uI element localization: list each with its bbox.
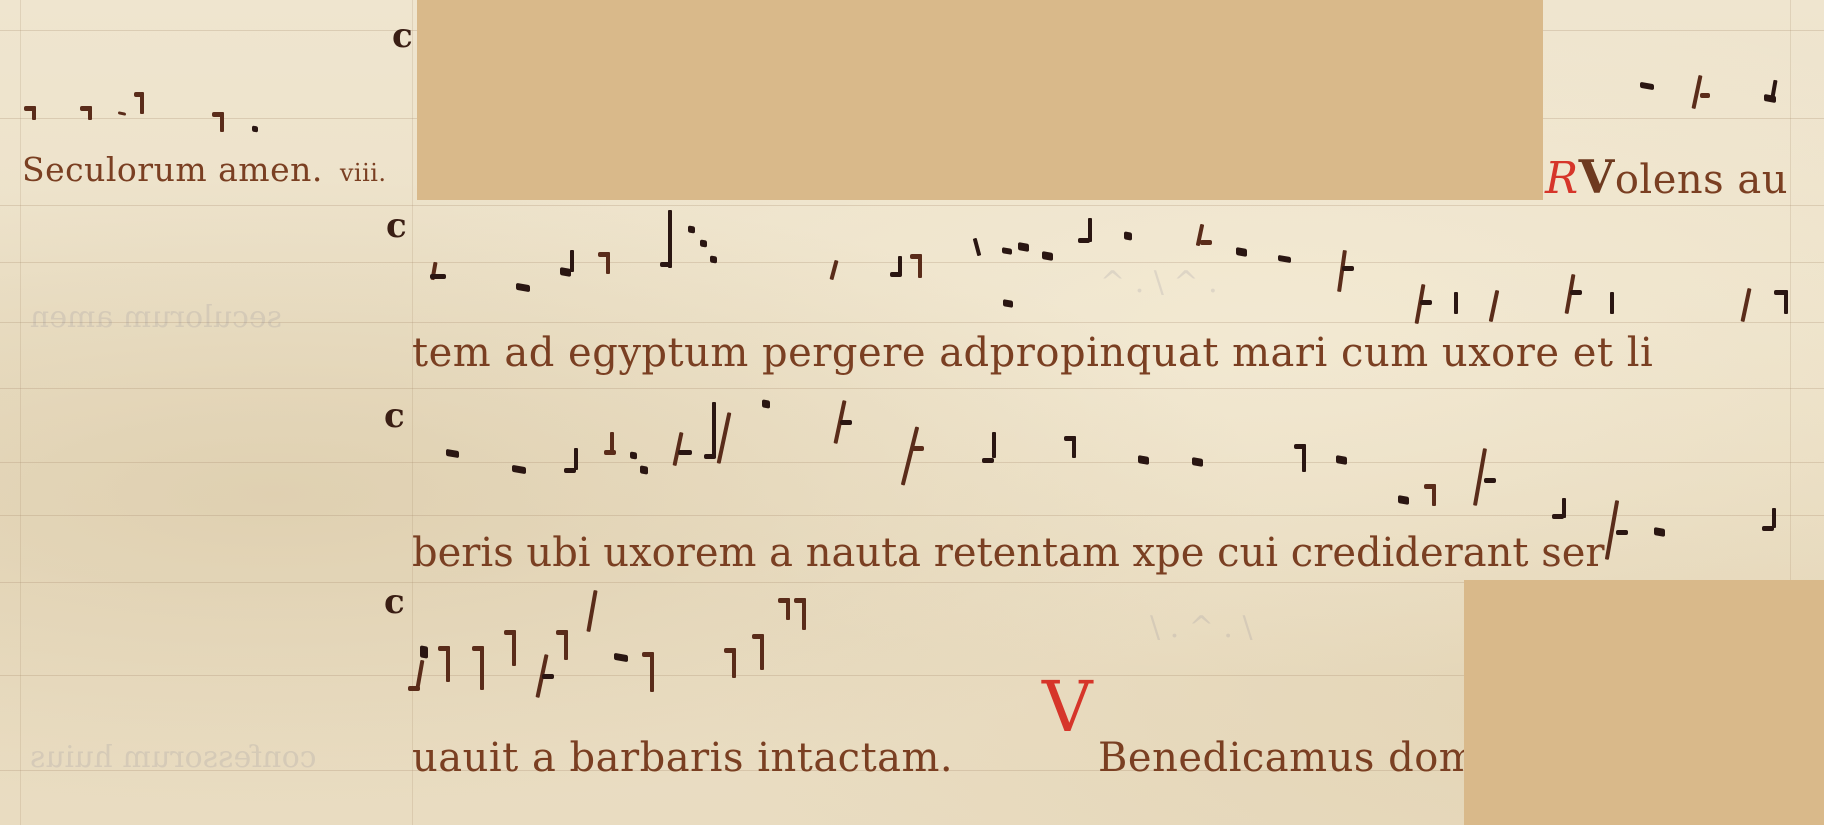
neume: [724, 648, 736, 653]
ruling-line: [0, 388, 1824, 389]
neume: [1692, 75, 1703, 109]
neume: [1138, 455, 1149, 465]
neume: [1605, 500, 1619, 560]
neume: [752, 634, 764, 639]
neume: [504, 630, 516, 635]
margin-rule: [20, 0, 21, 825]
neume: [1018, 242, 1029, 252]
neume: [220, 112, 224, 132]
neume: [1654, 527, 1665, 537]
neume: [438, 646, 450, 651]
neume: [1741, 288, 1752, 322]
neume: [604, 450, 616, 455]
neume: [512, 630, 516, 666]
neume: [408, 686, 420, 691]
neume: [1764, 94, 1776, 103]
neume: [1042, 251, 1053, 261]
neume: [1700, 93, 1710, 98]
neume: [80, 106, 92, 111]
neume: [794, 598, 806, 603]
ruling-line: [0, 205, 1824, 206]
neume: [516, 283, 530, 292]
neume: [212, 112, 224, 117]
neume: [700, 239, 707, 247]
neume: [1420, 300, 1432, 305]
text-seculorum-amen: Seculorum amen.: [22, 150, 323, 189]
neume: [712, 402, 716, 458]
neume: [668, 210, 672, 268]
neume: [556, 630, 568, 635]
neume: [614, 653, 628, 662]
show-through-text: confessorum huius: [30, 740, 317, 775]
neume: [480, 646, 484, 690]
clef-mark: c: [386, 206, 407, 246]
neume: [1124, 231, 1132, 240]
neume: [704, 454, 716, 459]
ruling-line: [0, 262, 1824, 263]
neume: [673, 432, 684, 466]
neume: [642, 652, 654, 657]
neume: [918, 254, 922, 278]
neume: [778, 598, 790, 603]
neume: [1072, 436, 1076, 458]
mode-number: viii.: [340, 159, 387, 187]
text-line-4: uauit a barbaris intactam.: [412, 735, 953, 781]
neume: [1196, 224, 1204, 246]
ruling-line: [0, 462, 1824, 463]
show-through-neumes: . ^ / . ^: [1100, 265, 1218, 300]
neume: [535, 654, 548, 698]
neume: [1002, 247, 1012, 255]
clef-mark: c: [392, 16, 413, 56]
neume: [678, 450, 692, 455]
initial-v: V: [1579, 150, 1615, 204]
neume: [1484, 478, 1496, 483]
bottom-right-redaction-block: [1464, 580, 1824, 825]
neume: [762, 399, 770, 408]
neume: [1772, 508, 1776, 528]
text-line-1-right: RVolens au: [1545, 150, 1788, 204]
versicle-rubric-mark: V: [1042, 672, 1093, 742]
neume: [564, 630, 568, 660]
neume: [598, 252, 610, 257]
neume: [786, 598, 790, 620]
neume: [1489, 290, 1500, 322]
neume: [1570, 290, 1582, 295]
neume: [1415, 284, 1426, 324]
neume: [1200, 240, 1212, 245]
neume: [1473, 448, 1487, 506]
neume: [1610, 292, 1614, 314]
neume: [650, 652, 654, 692]
neume: [512, 465, 526, 474]
neume: [1770, 80, 1777, 98]
neume: [1454, 292, 1458, 314]
ruling-line: [0, 515, 1824, 516]
neume: [1003, 299, 1013, 308]
neume: [1565, 274, 1576, 314]
neume: [890, 272, 902, 277]
neume: [24, 106, 36, 111]
neume: [606, 252, 610, 274]
neume: [586, 590, 597, 632]
neume: [430, 274, 446, 279]
neume: [570, 250, 574, 272]
show-through-neumes: / . ^ . /: [1150, 610, 1253, 645]
neume: [574, 448, 578, 470]
neume: [118, 111, 126, 115]
neume: [446, 449, 459, 458]
text-line-3: beris ubi uxorem a nauta retentam xpe cu…: [412, 530, 1605, 576]
neume: [134, 92, 142, 97]
neume: [560, 267, 571, 277]
neume: [802, 598, 806, 630]
text-line-2: tem ad egyptum pergere adpropinquat mari…: [412, 330, 1653, 376]
margin-rule: [412, 0, 413, 825]
neume: [1398, 495, 1409, 505]
manuscript-page: seculorum amen confessorum huius . ^ / .…: [0, 0, 1824, 825]
neume: [1088, 218, 1092, 242]
neume: [1616, 530, 1628, 535]
neume: [1774, 290, 1786, 295]
show-through-text: seculorum amen: [30, 300, 282, 335]
neume: [472, 646, 484, 651]
neume: [564, 468, 576, 473]
neume: [912, 446, 924, 451]
neume: [140, 92, 144, 114]
neume: [910, 254, 922, 259]
text-olens-au: olens au: [1615, 157, 1788, 203]
clef-mark: c: [384, 582, 405, 622]
neume: [640, 465, 648, 474]
neume: [630, 451, 637, 459]
neume: [833, 400, 846, 444]
neume: [1302, 444, 1306, 472]
neume: [1424, 484, 1436, 489]
neume: [1342, 266, 1354, 271]
neume: [688, 225, 695, 233]
neume: [1294, 444, 1306, 449]
neume: [610, 432, 614, 454]
neume: [1336, 455, 1347, 465]
neume: [898, 256, 902, 274]
neume: [901, 426, 919, 485]
clef-mark: c: [384, 396, 405, 436]
rubric-responsory: R: [1545, 153, 1579, 204]
neume: [252, 125, 258, 132]
neume: [1762, 526, 1774, 531]
neume: [1337, 250, 1347, 292]
neume: [416, 660, 425, 688]
neume: [973, 238, 982, 256]
neume: [1064, 436, 1076, 441]
neume: [760, 634, 764, 670]
neume: [1640, 82, 1654, 90]
neume: [420, 645, 428, 658]
neume: [446, 646, 450, 682]
neume: [1078, 238, 1090, 243]
neume: [732, 648, 736, 678]
text-line-1-left: Seculorum amen. viii.: [22, 150, 387, 189]
neume: [430, 262, 437, 280]
neume: [1236, 247, 1247, 257]
neume: [992, 432, 996, 458]
neume: [1432, 484, 1436, 506]
neume: [840, 420, 852, 425]
neume: [717, 412, 732, 464]
top-redaction-block: [417, 0, 1543, 200]
neume: [1784, 290, 1788, 314]
